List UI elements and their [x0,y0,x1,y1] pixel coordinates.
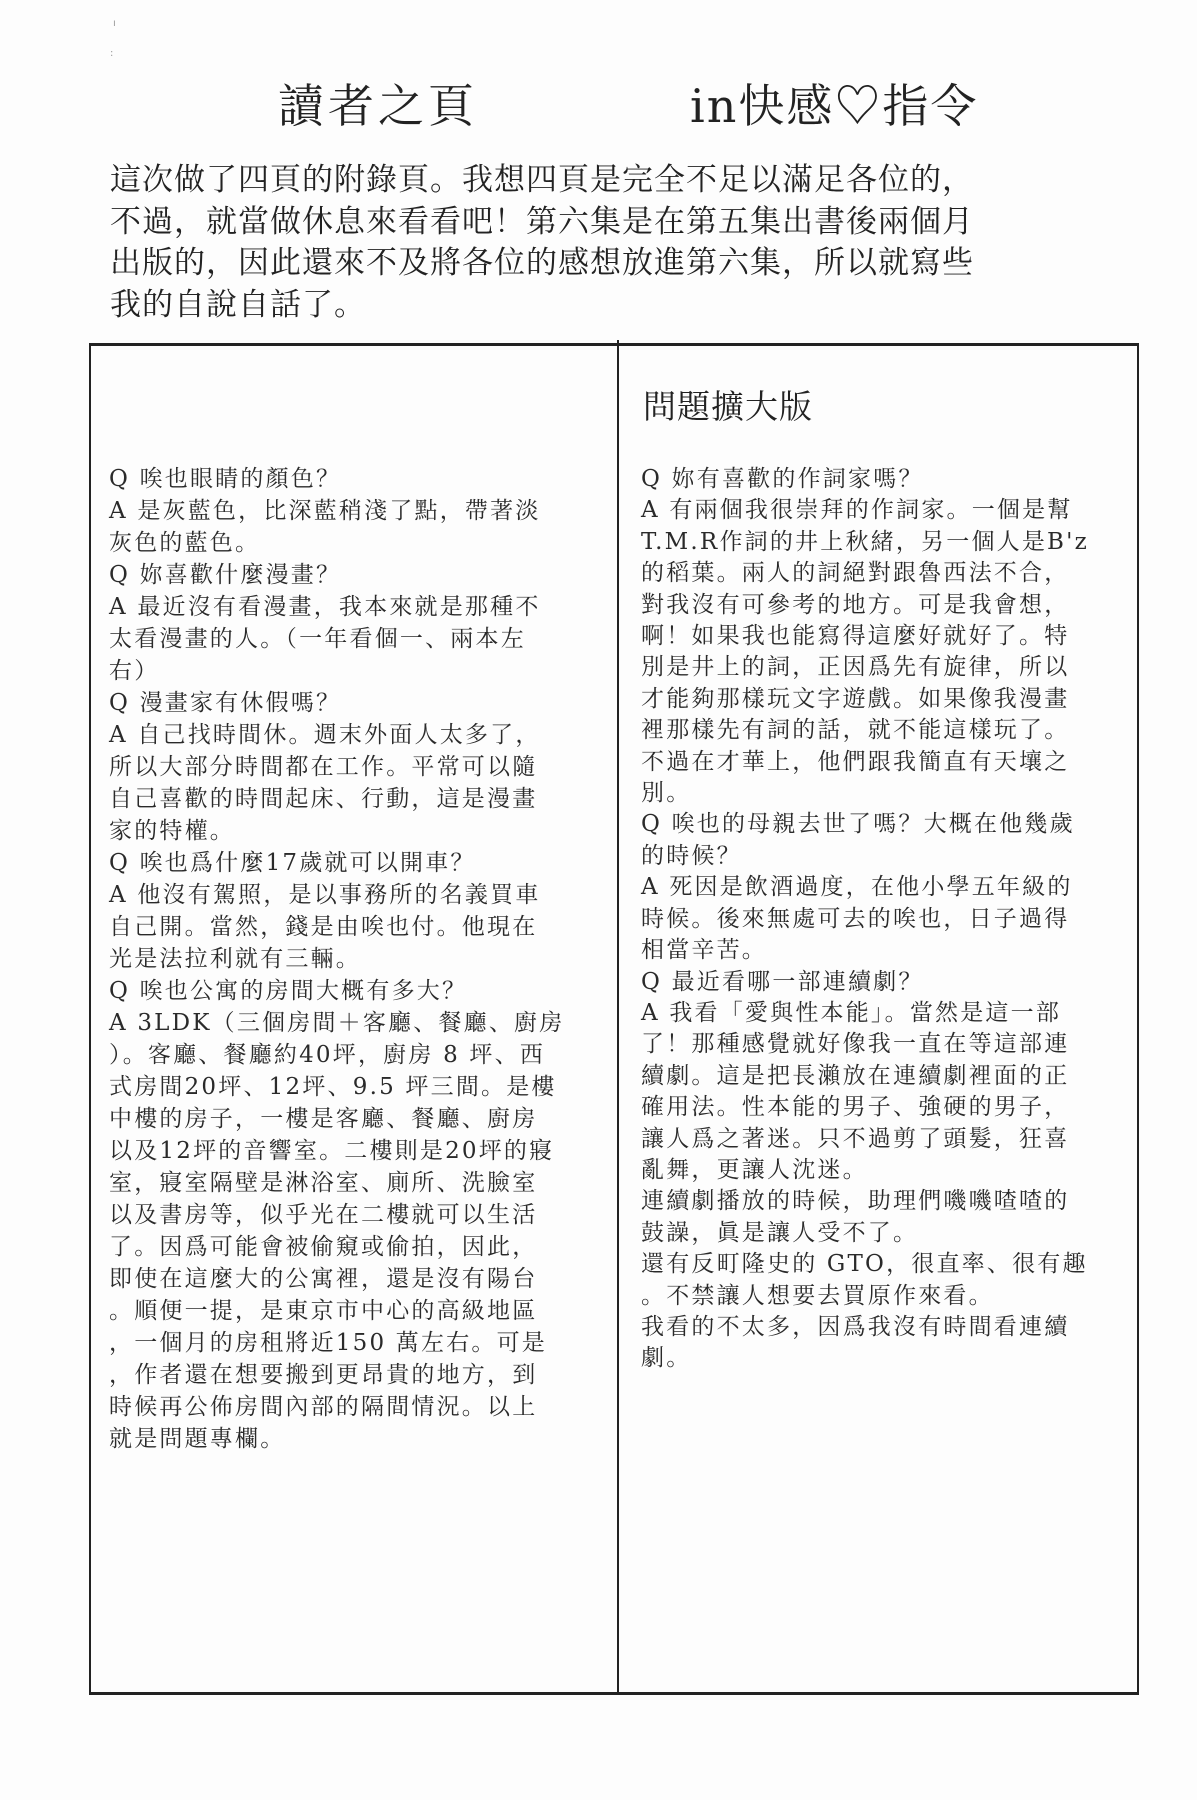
scan-mark: : [110,48,113,59]
page-title: 讀者之頁 [278,70,478,136]
qa-line: 時候再公佈房間內部的隔間情況。以上 [109,1391,564,1423]
qa-line: 就是問題專欄。 [109,1423,564,1455]
qa-line: 亂舞，更讓人沈迷。 [641,1155,1089,1186]
qa-line: 連續劇播放的時候，助理們嘰嘰喳喳的 [641,1186,1089,1217]
qa-line: A 最近沒有看漫畫，我本來就是那種不 [109,591,564,623]
qa-line: Q 唉也的母親去世了嗎？大概在他幾歲 [641,809,1089,840]
scan-mark: ı [113,18,116,29]
left-qa-text: Q 唉也眼睛的顏色？ A 是灰藍色，比深藍稍淺了點，帶著淡 灰色的藍色。 Q 妳… [109,463,564,1455]
qa-line: A 3LDK（三個房間＋客廳、餐廳、廚房 [109,1007,564,1039]
intro-line: 不過，就當做休息來看看吧！第六集是在第五集出書後兩個月 [110,202,1100,244]
qa-line: 太看漫畫的人。（一年看個一、兩本左 [109,623,564,655]
qa-line: 右） [109,655,564,687]
qa-line: 。不禁讓人想要去買原作來看。 [641,1281,1089,1312]
qa-line: Q 漫畫家有休假嗎？ [109,687,564,719]
qa-line: Q 唉也爲什麼17歲就可以開車？ [109,847,564,879]
qa-line: 了。因爲可能會被偷窺或偷拍，因此， [109,1231,564,1263]
qa-line: 。順便一提，是東京市中心的高級地區 [109,1295,564,1327]
qa-line: 時候。後來無處可去的唉也，日子過得 [641,904,1089,935]
qa-line: 相當辛苦。 [641,935,1089,966]
section-heading: 問題擴大版 [643,381,813,428]
qa-line: 啊！如果我也能寫得這麼好就好了。特 [641,621,1089,652]
series-title-prefix: in [690,79,738,133]
qa-line: ）。客廳、餐廳約40坪，廚房 8 坪、西 [109,1039,564,1071]
page-header: 讀者之頁 in快感♡指令 [0,70,1197,134]
qa-line: T.M.R作詞的井上秋緒，另一個人是B'z [641,527,1089,558]
qa-line: A 是灰藍色，比深藍稍淺了點，帶著淡 [109,495,564,527]
qa-line: 以及書房等，似乎光在二樓就可以生活 [109,1199,564,1231]
qa-line: 灰色的藍色。 [109,527,564,559]
qa-line: 續劇。這是把長瀨放在連續劇裡面的正 [641,1061,1089,1092]
qa-line: A 我看「愛與性本能」。當然是這一部 [641,998,1089,1029]
qa-line: 我看的不太多，因爲我沒有時間看連續 [641,1312,1089,1343]
qa-line: A 他沒有駕照，是以事務所的名義買車 [109,879,564,911]
left-column: Q 唉也眼睛的顏色？ A 是灰藍色，比深藍稍淺了點，帶著淡 灰色的藍色。 Q 妳… [109,346,609,1692]
qa-line: 的時候？ [641,841,1089,872]
qa-line: ，作者還在想要搬到更昂貴的地方，到 [109,1359,564,1391]
qa-line: Q 唉也公寓的房間大概有多大？ [109,975,564,1007]
qa-line: 家的特權。 [109,815,564,847]
qa-line: 劇。 [641,1343,1089,1374]
qa-line: 鼓譟，眞是讓人受不了。 [641,1218,1089,1249]
qa-line: 了！那種感覺就好像我一直在等這部連 [641,1029,1089,1060]
qa-line: 還有反町隆史的 GTO，很直率、很有趣 [641,1249,1089,1280]
qa-line: ，一個月的房租將近150 萬左右。可是 [109,1327,564,1359]
intro-line: 我的自說自話了。 [110,285,1100,327]
qa-line: 所以大部分時間都在工作。平常可以隨 [109,751,564,783]
qa-line: 以及12坪的音響室。二樓則是20坪的寢 [109,1135,564,1167]
qa-line: 的稻葉。兩人的詞絕對跟魯西法不合， [641,558,1089,589]
series-title-name: 快感♡指令 [738,79,978,133]
column-divider [617,340,619,1692]
qa-line: 別是井上的詞，正因爲先有旋律，所以 [641,652,1089,683]
qa-line: 中樓的房子，一樓是客廳、餐廳、廚房 [109,1103,564,1135]
qa-line: 確用法。性本能的男子、強硬的男子， [641,1092,1089,1123]
qa-line: A 自己找時間休。週末外面人太多了， [109,719,564,751]
qa-line: 對我沒有可參考的地方。可是我會想， [641,590,1089,621]
right-qa-text: Q 妳有喜歡的作詞家嗎？ A 有兩個我很崇拜的作詞家。一個是幫 T.M.R作詞的… [641,464,1089,1375]
qa-line: A 死因是飲酒過度，在他小學五年級的 [641,872,1089,903]
qa-line: 才能夠那樣玩文字遊戲。如果像我漫畫 [641,684,1089,715]
qa-line: 室，寢室隔壁是淋浴室、廁所、洗臉室 [109,1167,564,1199]
series-title: in快感♡指令 [690,70,978,136]
qa-line: 自己喜歡的時間起床、行動，這是漫畫 [109,783,564,815]
intro-line: 這次做了四頁的附錄頁。我想四頁是完全不足以滿足各位的， [110,160,1100,202]
qa-line: 自己開。當然，錢是由唉也付。他現在 [109,911,564,943]
intro-paragraph: 這次做了四頁的附錄頁。我想四頁是完全不足以滿足各位的， 不過，就當做休息來看看吧… [110,160,1100,326]
qa-line: 式房間20坪、12坪、9.5 坪三間。是樓 [109,1071,564,1103]
qa-line: 光是法拉利就有三輛。 [109,943,564,975]
qa-line: Q 最近看哪一部連續劇？ [641,967,1089,998]
qa-line: A 有兩個我很崇拜的作詞家。一個是幫 [641,495,1089,526]
qa-line: Q 唉也眼睛的顏色？ [109,463,564,495]
qa-line: 讓人爲之著迷。只不過剪了頭髮，狂喜 [641,1124,1089,1155]
qa-line: 別。 [641,778,1089,809]
qa-line: 裡那樣先有詞的話，就不能這樣玩了。 [641,715,1089,746]
qa-line: Q 妳喜歡什麼漫畫？ [109,559,564,591]
qa-line: 即使在這麼大的公寓裡，還是沒有陽台 [109,1263,564,1295]
qa-line: 不過在才華上，他們跟我簡直有天壤之 [641,747,1089,778]
qa-box: Q 唉也眼睛的顏色？ A 是灰藍色，比深藍稍淺了點，帶著淡 灰色的藍色。 Q 妳… [89,343,1139,1695]
intro-line: 出版的，因此還來不及將各位的感想放進第六集，所以就寫些 [110,243,1100,285]
right-column: 問題擴大版 Q 妳有喜歡的作詞家嗎？ A 有兩個我很崇拜的作詞家。一個是幫 T.… [641,346,1136,1692]
qa-line: Q 妳有喜歡的作詞家嗎？ [641,464,1089,495]
